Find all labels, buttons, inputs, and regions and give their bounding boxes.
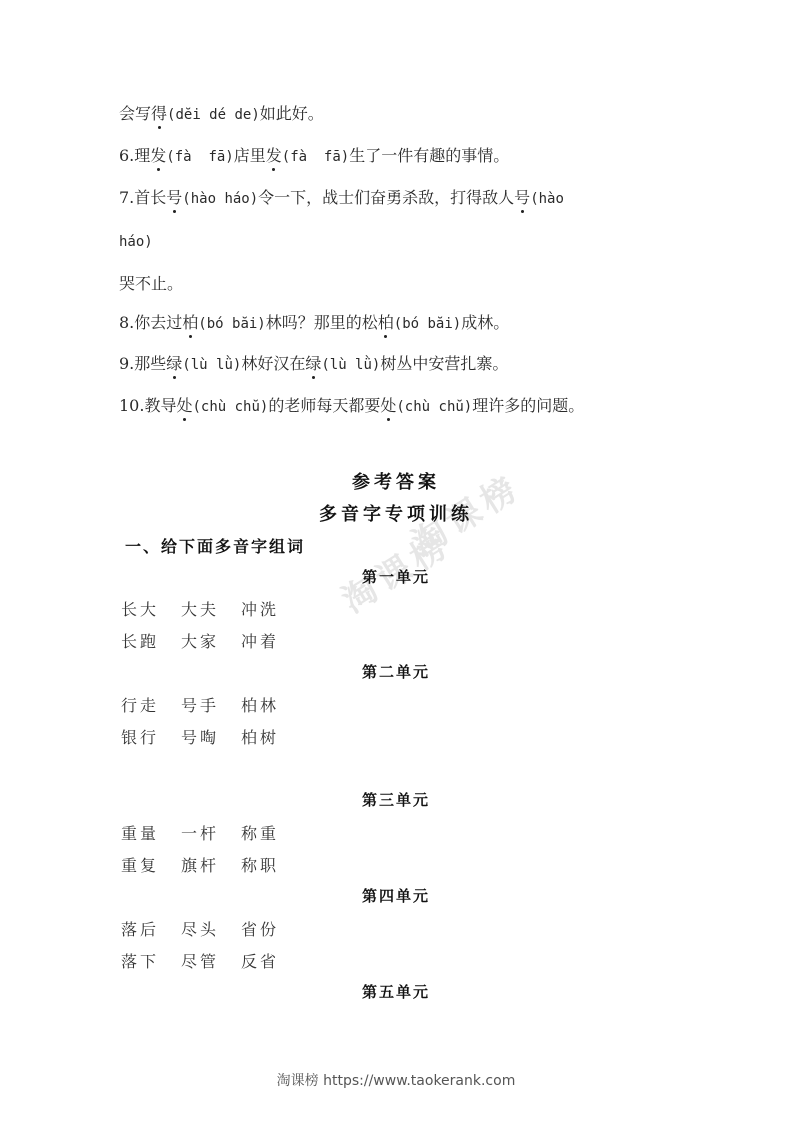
pinyin-options: (lù lǜ)	[321, 357, 380, 373]
word: 柏林	[241, 693, 301, 716]
question-number: 6.	[119, 146, 134, 165]
question-7: 7.首长号(hào háo)令一下，战士们奋勇杀敌，打得敌人号(hào	[119, 188, 564, 209]
pinyin-options: (hào	[530, 191, 564, 207]
pinyin-options: (chù chŭ)	[192, 399, 268, 415]
text: 哭不止。	[119, 274, 183, 293]
text: 林吗？那里的松	[266, 313, 378, 332]
text: 树丛中安营扎寨。	[380, 354, 508, 373]
word: 称职	[241, 853, 301, 876]
section-heading: 一、给下面多音字组词	[125, 534, 305, 557]
word: 号啕	[181, 725, 241, 748]
text: 首长	[134, 188, 166, 207]
word: 冲洗	[241, 597, 301, 620]
pinyin-options: (chù chŭ)	[396, 399, 472, 415]
question-7-line-3: 哭不止。	[119, 274, 183, 294]
word: 尽管	[181, 949, 241, 972]
pinyin-options: (bó băi)	[198, 316, 265, 332]
question-5-tail: 会写得(dĕi dé de)如此好。	[119, 104, 324, 125]
dotted-char: 发	[150, 146, 166, 166]
word-row: 重量一杆称重	[121, 821, 301, 844]
word: 旗杆	[181, 853, 241, 876]
word: 反省	[241, 949, 301, 972]
word: 银行	[121, 725, 181, 748]
word: 柏树	[241, 725, 301, 748]
unit-heading: 第二单元	[0, 661, 792, 682]
question-number: 9.	[119, 354, 134, 373]
text: 成林。	[461, 313, 509, 332]
word: 大夫	[181, 597, 241, 620]
question-number: 10.	[119, 396, 144, 415]
question-10: 10.教导处(chù chŭ)的老师每天都要处(chù chŭ)理许多的问题。	[119, 396, 584, 417]
text: 会写	[119, 104, 151, 123]
dotted-char: 处	[176, 396, 192, 416]
word: 重复	[121, 853, 181, 876]
word-row: 长跑大家冲着	[121, 629, 301, 652]
text: 你去过	[134, 313, 182, 332]
question-number: 8.	[119, 313, 134, 332]
answers-subtitle: 多音字专项训练	[0, 500, 792, 526]
word: 称重	[241, 821, 301, 844]
question-9: 9.那些绿(lù lǜ)林好汉在绿(lù lǜ)树丛中安营扎寨。	[119, 354, 508, 375]
question-8: 8.你去过柏(bó băi)林吗？那里的松柏(bó băi)成林。	[119, 313, 509, 334]
question-6: 6.理发(fà fā)店里发(fà fā)生了一件有趣的事情。	[119, 146, 509, 167]
text: 那些	[134, 354, 166, 373]
unit-heading: 第三单元	[0, 789, 792, 810]
word-row: 落后尽头省份	[121, 917, 301, 940]
word-row: 落下尽管反省	[121, 949, 301, 972]
unit-heading: 第五单元	[0, 981, 792, 1002]
footer-source-link[interactable]: 淘课榜 https://www.taokerank.com	[0, 1070, 792, 1090]
word-row: 重复旗杆称职	[121, 853, 301, 876]
pinyin-options: háo)	[119, 234, 153, 250]
pinyin-options: (fà fā)	[282, 149, 349, 165]
dotted-char: 绿	[166, 354, 182, 374]
dotted-char: 绿	[305, 354, 321, 374]
dotted-char: 发	[266, 146, 282, 166]
word: 重量	[121, 821, 181, 844]
word: 长跑	[121, 629, 181, 652]
word-row: 银行号啕柏树	[121, 725, 301, 748]
word: 行走	[121, 693, 181, 716]
text: 教导	[144, 396, 176, 415]
dotted-char: 处	[380, 396, 396, 416]
word: 尽头	[181, 917, 241, 940]
pinyin-options: (fà fā)	[166, 149, 233, 165]
word: 省份	[241, 917, 301, 940]
unit-heading: 第四单元	[0, 885, 792, 906]
text: 店里	[234, 146, 266, 165]
dotted-char: 号	[514, 188, 530, 208]
word-row: 行走号手柏林	[121, 693, 301, 716]
question-7-line-2: háo)	[119, 231, 153, 252]
pinyin-options: (bó băi)	[394, 316, 461, 332]
dotted-char: 号	[166, 188, 182, 208]
word: 冲着	[241, 629, 301, 652]
text: 理许多的问题。	[472, 396, 584, 415]
dotted-char: 柏	[182, 313, 198, 333]
dotted-char: 得	[151, 104, 167, 124]
word: 落后	[121, 917, 181, 940]
text: 理	[134, 146, 150, 165]
text: 的老师每天都要	[268, 396, 380, 415]
dotted-char: 柏	[378, 313, 394, 333]
answers-title: 参考答案	[0, 468, 792, 494]
document-page: 淘课榜 淘课榜 会写得(dĕi dé de)如此好。 6.理发(fà fā)店里…	[0, 0, 792, 1122]
text: 林好汉在	[241, 354, 305, 373]
word: 落下	[121, 949, 181, 972]
pinyin-options: (hào háo)	[182, 191, 258, 207]
word-row: 长大大夫冲洗	[121, 597, 301, 620]
word: 大家	[181, 629, 241, 652]
word: 一杆	[181, 821, 241, 844]
pinyin-options: (dĕi dé de)	[167, 107, 260, 123]
text: 如此好。	[260, 104, 324, 123]
word: 号手	[181, 693, 241, 716]
text: 生了一件有趣的事情。	[349, 146, 509, 165]
text: 令一下，战士们奋勇杀敌，打得敌人	[258, 188, 514, 207]
question-number: 7.	[119, 188, 134, 207]
pinyin-options: (lù lǜ)	[182, 357, 241, 373]
unit-heading: 第一单元	[0, 566, 792, 587]
word: 长大	[121, 597, 181, 620]
